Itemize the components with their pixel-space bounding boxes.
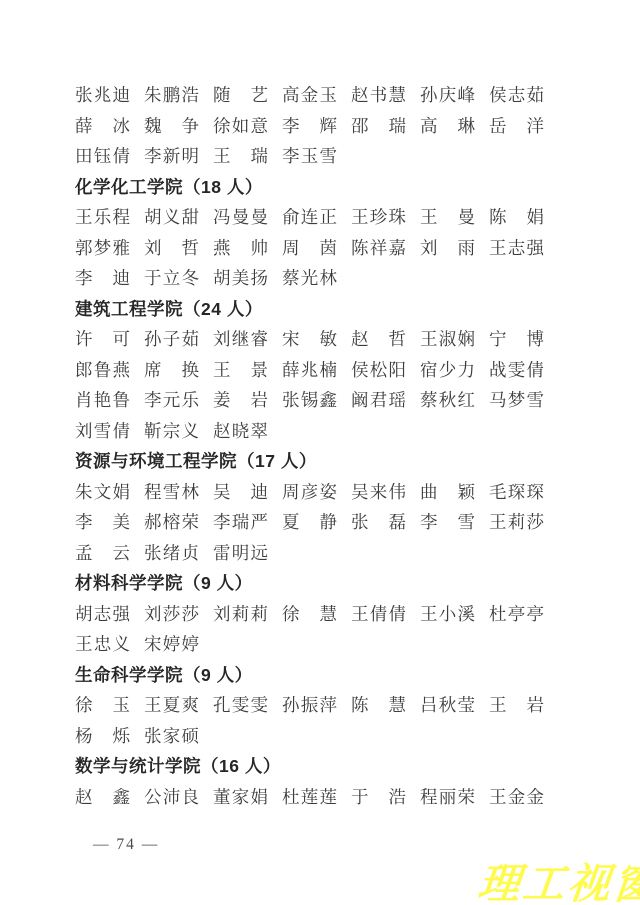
page-number: — 74 — [93,836,159,854]
person-name: 赵鑫 [75,782,130,813]
person-name: 俞连正 [282,202,337,233]
person-name: 高琳 [420,111,475,142]
names-grid: 朱文娟程雪林吴迪周彦姿吴来伟曲颖毛琛琛李美郝榕荣李瑞严夏静张磊李雪王莉莎孟云张绪… [75,477,555,569]
person-name: 雷明远 [213,538,268,569]
person-name: 陈慧 [351,690,406,721]
person-name: 王瑞 [213,141,268,172]
person-name: 曲颖 [420,477,475,508]
person-name: 董家娟 [213,782,268,813]
person-name: 马梦雪 [489,385,544,416]
person-name: 宿少力 [420,355,475,386]
person-name: 席换 [144,355,199,386]
person-name: 岳洋 [489,111,544,142]
person-name: 张磊 [351,507,406,538]
person-name: 毛琛琛 [489,477,544,508]
person-name: 吕秋莹 [420,690,475,721]
person-name: 于浩 [351,782,406,813]
person-name: 许可 [75,324,130,355]
person-name: 王倩倩 [351,599,406,630]
person-name: 朱鹏浩 [144,80,199,111]
person-name: 赵书慧 [351,80,406,111]
names-grid: 王乐程胡义甜冯曼曼俞连正王珍珠王曼陈娟郭梦雅刘哲燕帅周茵陈祥嘉刘雨王志强李迪于立… [75,202,555,294]
person-name: 郎鲁燕 [75,355,130,386]
person-name: 李瑞严 [213,507,268,538]
section-title: 资源与环境工程学院（17 人） [75,446,555,477]
person-name: 孟云 [75,538,130,569]
names-grid: 张兆迪朱鹏浩随艺高金玉赵书慧孙庆峰侯志茹薛冰魏争徐如意李辉邵瑞高琳岳洋田钰倩李新… [75,80,555,172]
person-name: 李辉 [282,111,337,142]
person-name: 杨烁 [75,721,130,752]
person-name: 胡义甜 [144,202,199,233]
person-name: 李元乐 [144,385,199,416]
person-name: 王曼 [420,202,475,233]
person-name: 杜亭亭 [489,599,544,630]
person-name: 燕帅 [213,233,268,264]
person-name: 王忠义 [75,629,130,660]
person-name: 田钰倩 [75,141,130,172]
person-name: 赵晓翠 [213,416,268,447]
person-name: 徐如意 [213,111,268,142]
person-name: 张锡鑫 [282,385,337,416]
person-name: 公沛良 [144,782,199,813]
person-name: 张家硕 [144,721,199,752]
watermark-logo: 理工视窗 [476,861,640,905]
person-name: 靳宗义 [144,416,199,447]
person-name: 刘莎莎 [144,599,199,630]
person-name: 王景 [213,355,268,386]
person-name: 郭梦雅 [75,233,130,264]
person-name: 李雪 [420,507,475,538]
person-name: 王金金 [489,782,544,813]
person-name: 赵哲 [351,324,406,355]
section-title: 数学与统计学院（16 人） [75,751,555,782]
person-name: 周彦姿 [282,477,337,508]
names-grid: 许可孙子茹刘继睿宋敏赵哲王淑娴宁博郎鲁燕席换王景薛兆楠侯松阳宿少力战雯倩肖艳鲁李… [75,324,555,446]
person-name: 刘哲 [144,233,199,264]
person-name: 李新明 [144,141,199,172]
section-title: 建筑工程学院（24 人） [75,294,555,325]
person-name: 程丽荣 [420,782,475,813]
person-name: 随艺 [213,80,268,111]
person-name: 王淑娴 [420,324,475,355]
person-name: 高金玉 [282,80,337,111]
person-name: 蔡秋红 [420,385,475,416]
person-name: 徐慧 [282,599,337,630]
person-name: 战雯倩 [489,355,544,386]
person-name: 王岩 [489,690,544,721]
person-name: 孙庆峰 [420,80,475,111]
section-title: 生命科学学院（9 人） [75,660,555,691]
person-name: 阚君瑶 [351,385,406,416]
names-grid: 赵鑫公沛良董家娟杜莲莲于浩程丽荣王金金 [75,782,555,813]
person-name: 王志强 [489,233,544,264]
document-page: { "document": { "page_number": "— 74 —",… [0,0,640,905]
person-name: 胡美扬 [213,263,268,294]
person-name: 王珍珠 [351,202,406,233]
person-name: 宋敏 [282,324,337,355]
person-name: 蔡光林 [282,263,337,294]
person-name: 侯志茹 [489,80,544,111]
person-name: 胡志强 [75,599,130,630]
names-grid: 徐玉王夏爽孔雯雯孙振萍陈慧吕秋莹王岩杨烁张家硕 [75,690,555,751]
person-name: 王小溪 [420,599,475,630]
section-title: 材料科学学院（9 人） [75,568,555,599]
person-name: 李迪 [75,263,130,294]
person-name: 李玉雪 [282,141,337,172]
person-name: 朱文娟 [75,477,130,508]
person-name: 侯松阳 [351,355,406,386]
person-name: 吴迪 [213,477,268,508]
person-name: 张兆迪 [75,80,130,111]
roster: 张兆迪朱鹏浩随艺高金玉赵书慧孙庆峰侯志茹薛冰魏争徐如意李辉邵瑞高琳岳洋田钰倩李新… [75,80,555,812]
names-grid: 胡志强刘莎莎刘莉莉徐慧王倩倩王小溪杜亭亭王忠义宋婷婷 [75,599,555,660]
person-name: 冯曼曼 [213,202,268,233]
person-name: 陈祥嘉 [351,233,406,264]
person-name: 陈娟 [489,202,544,233]
person-name: 郝榕荣 [144,507,199,538]
person-name: 徐玉 [75,690,130,721]
person-name: 宁博 [489,324,544,355]
person-name: 周茵 [282,233,337,264]
person-name: 张绪贞 [144,538,199,569]
person-name: 姜岩 [213,385,268,416]
person-name: 刘雪倩 [75,416,130,447]
person-name: 王夏爽 [144,690,199,721]
person-name: 孙子茹 [144,324,199,355]
person-name: 夏静 [282,507,337,538]
person-name: 肖艳鲁 [75,385,130,416]
person-name: 邵瑞 [351,111,406,142]
person-name: 程雪林 [144,477,199,508]
person-name: 魏争 [144,111,199,142]
section-title: 化学化工学院（18 人） [75,172,555,203]
person-name: 薛兆楠 [282,355,337,386]
person-name: 王乐程 [75,202,130,233]
person-name: 杜莲莲 [282,782,337,813]
person-name: 刘继睿 [213,324,268,355]
person-name: 宋婷婷 [144,629,199,660]
person-name: 于立冬 [144,263,199,294]
person-name: 刘雨 [420,233,475,264]
person-name: 吴来伟 [351,477,406,508]
person-name: 薛冰 [75,111,130,142]
person-name: 孔雯雯 [213,690,268,721]
person-name: 刘莉莉 [213,599,268,630]
person-name: 李美 [75,507,130,538]
person-name: 王莉莎 [489,507,544,538]
person-name: 孙振萍 [282,690,337,721]
